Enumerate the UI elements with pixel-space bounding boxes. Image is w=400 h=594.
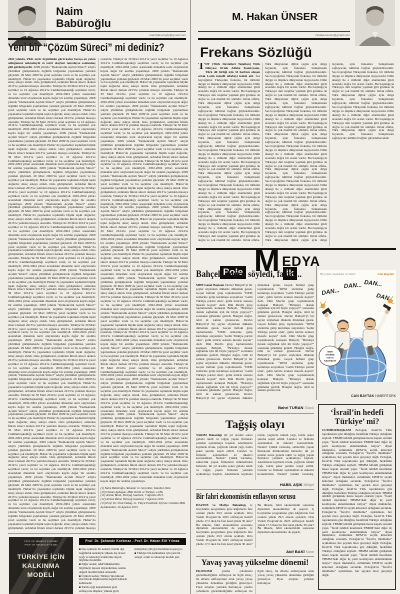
- byline-bahceli: Bahri TURAN Sözcü: [196, 405, 314, 410]
- divider: [196, 413, 314, 414]
- divider: [196, 556, 314, 557]
- headline-yavas: Yavaş yavaş yükselme dönemi!: [196, 558, 314, 567]
- divider: [8, 38, 186, 40]
- cartoonist-signature: Can Baytak: [378, 272, 395, 276]
- book-authors-bar: Prof. Dr. Şahande Korkmaz - Prof. Dr. Ha…: [79, 538, 186, 545]
- divider: [196, 489, 314, 490]
- headline-fahri: Bir fahri ekonomistin enflasyon sorusu: [196, 492, 314, 501]
- cartoon-top-scribble: Hiç yetmez, kuşatmalar ver bizim!: [319, 273, 356, 276]
- author-name-right: M. Hakan ÜNSER: [232, 12, 318, 23]
- body-left-oped: 2002 yılında, PKK terör örgütünün gücü k…: [8, 58, 188, 531]
- editorial-cartoon: Hiç yetmez, kuşatmalar ver bizim! Can Ba…: [318, 270, 396, 382]
- main-column-divider: [190, 0, 191, 594]
- body-tagsis: TARIM Bakanlığı iki yıl aradan sonra gıd…: [196, 434, 314, 480]
- divider: [198, 38, 350, 40]
- headline-right-oped: Frekans Sözlüğü: [200, 44, 312, 60]
- body-israil: CUMHURBAŞKANI Erdoğan, İsrail’in Türk to…: [322, 429, 392, 579]
- body-bahceli: MHP Genel Başkanı Devlet Bahçeli’yi bir …: [196, 284, 314, 402]
- body-right-oped: T DT (Türk Devletleri Teşkilatı) Türk Dü…: [198, 63, 394, 246]
- svg-text:PROF. DR. ŞAHANDE KORKMAZ: PROF. DR. ŞAHANDE KORKMAZ: [24, 540, 58, 543]
- author-email-right: mhakanunser@gmail.com: [198, 33, 350, 37]
- svg-text:PROF. DR. HAKAN ELİF YILMAZ: PROF. DR. HAKAN ELİF YILMAZ: [25, 544, 58, 547]
- headline-left-oped: Yeni bir “Çözüm Süreci” mi dediniz?: [8, 42, 188, 54]
- book-bullet-list: ■ Dış açıkların bir nedeni; üretim dışı …: [79, 548, 186, 594]
- divider: [8, 31, 186, 32]
- author-name-left: Naim Babüroğlu: [56, 7, 111, 30]
- newspaper-page: Naim Babüroğlu naimbaburoglu@gmail.com Y…: [0, 0, 400, 594]
- body-yavas: EKONOMİ yazma çabamızla gözlemlediğimiz …: [196, 570, 314, 594]
- svg-text:SINIR: SINIR: [327, 352, 333, 354]
- byline-tagsis: HABİL AŞIK Milliyet: [196, 482, 314, 487]
- divider: [316, 266, 317, 400]
- author-photo-right: [355, 0, 395, 46]
- svg-text:KAÇIRALIM: KAÇIRALIM: [324, 360, 336, 363]
- israil-boxed-article: ‘İsrail’in hedefi Türkiye’ mi? CUMHURBAŞ…: [318, 404, 396, 590]
- headline-bahceli: Bahçeli doğru söyledi, fakat...: [196, 270, 314, 280]
- cartoon-credit: CAN BAYTAK HABERTÜRK: [318, 394, 396, 398]
- divider: [8, 533, 186, 534]
- svg-text:TÜRKİYE İÇİN: TÜRKİYE İÇİN: [17, 552, 65, 561]
- byline-fahri: Akif BAKİ Karar: [196, 549, 314, 554]
- divider: [198, 31, 350, 32]
- svg-text:YOK Kİ: YOK Kİ: [326, 357, 334, 360]
- svg-text:ÖTESİNE: ÖTESİNE: [325, 354, 335, 357]
- references-list: (1) Naim Babüroğlu, Yalanlar ve Gerçekle…: [101, 487, 189, 510]
- body-fahri: HAZİNE ve Maliye Bakanlığı, iç borçlanma…: [196, 504, 314, 548]
- author-email-left: naimbaburoglu@gmail.com: [8, 33, 186, 37]
- svg-text:MODELİ: MODELİ: [27, 571, 54, 579]
- headline-israil: ‘İsrail’in hedefi Türkiye’ mi?: [322, 409, 392, 426]
- book-cover-image: PROF. DR. ŞAHANDE KORKMAZ PROF. DR. HAKA…: [9, 537, 73, 594]
- sfx-dan: DAN...: [344, 283, 363, 290]
- headline-tagsis: Tağşiş olayı: [196, 417, 314, 432]
- svg-text:KALKINMA: KALKINMA: [22, 563, 60, 570]
- divider: [196, 248, 396, 250]
